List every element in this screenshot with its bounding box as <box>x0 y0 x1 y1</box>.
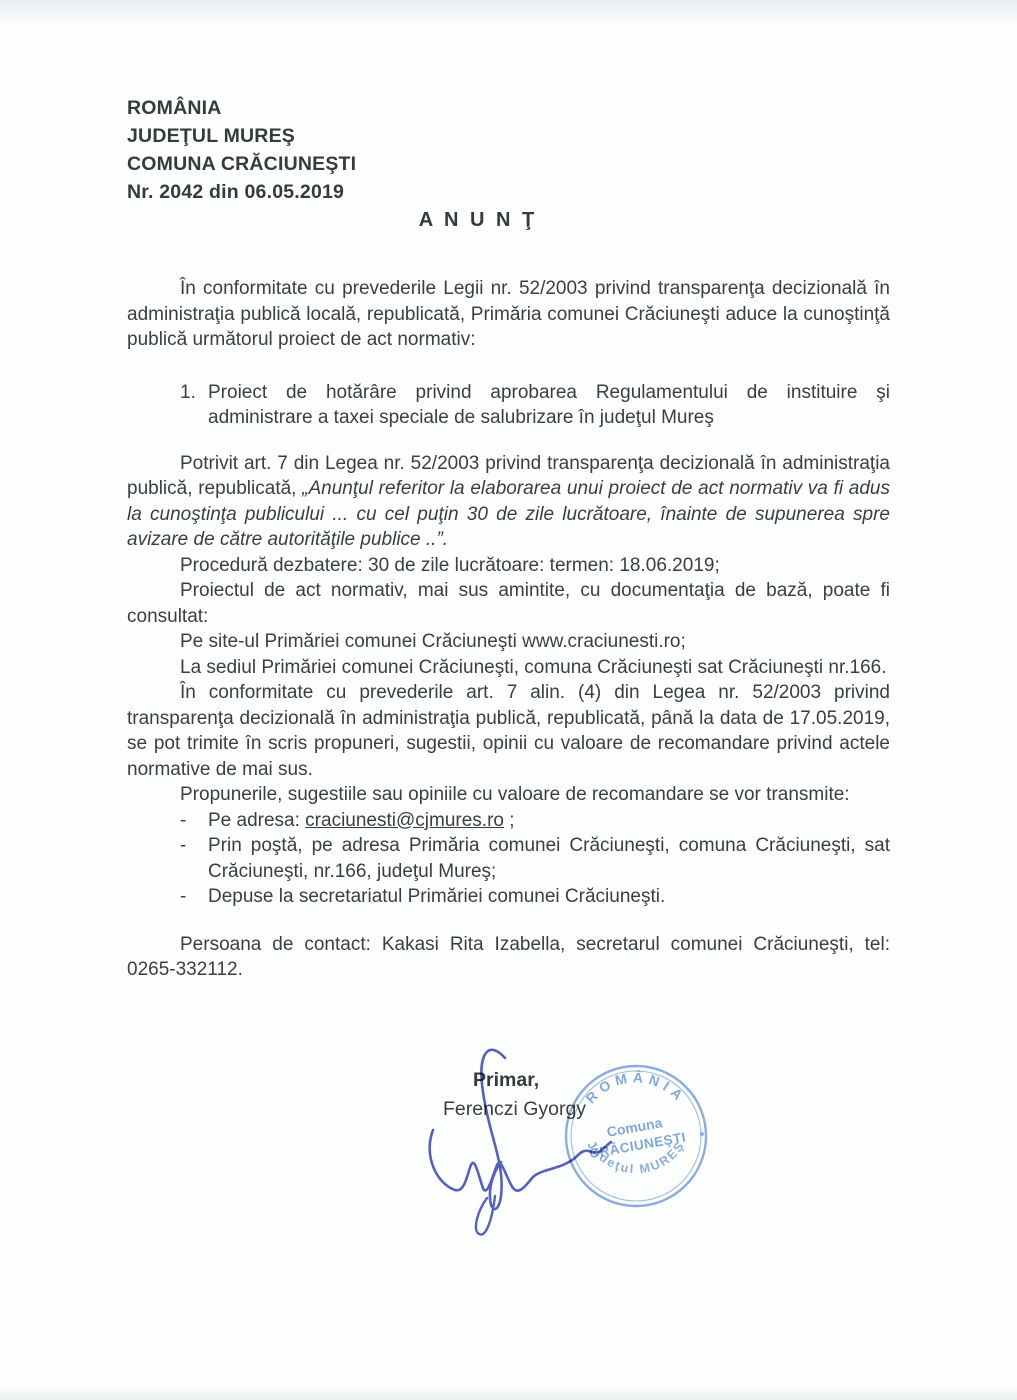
document-body: În conformitate cu prevederile Legii nr.… <box>127 276 890 983</box>
bullet-email: -Pe adresa: craciunesti@cjmures.ro ; <box>127 808 890 834</box>
stamp-center-line2: CRĂCIUNEŞTI <box>588 1129 687 1161</box>
signature-role-label: Primar, <box>473 1069 539 1092</box>
header-commune: COMUNA CRĂCIUNEŞTI <box>127 150 356 178</box>
dash-bullet-icon: - <box>180 884 186 910</box>
paragraph-website: Pe site-ul Primăriei comunei Crăciuneşti… <box>127 629 890 655</box>
stamp-center-line1: Comuna <box>605 1114 663 1140</box>
document-title: A N U N Ţ <box>127 209 829 232</box>
numbered-item-1: 1.Proiect de hotărâre privind aprobarea … <box>127 380 890 431</box>
paragraph-proposals: Propunerile, sugestiile sau opiniile cu … <box>127 782 890 808</box>
stamp-bottom-arc-text: Judeţul MUREŞ <box>584 1138 687 1176</box>
signature-name: Ferenczi Gyorgy <box>443 1098 586 1121</box>
bullet-post: -Prin poştă, pe adresa Primăria comunei … <box>127 833 890 884</box>
svg-text:ROMÂNIA: ROMÂNIA <box>582 1068 689 1106</box>
header-registration-number: Nr. 2042 din 06.05.2019 <box>127 178 356 206</box>
item-number: 1. <box>180 380 196 406</box>
svg-text:Judeţul MUREŞ: Judeţul MUREŞ <box>584 1138 687 1176</box>
document-header: ROMÂNIA JUDEŢUL MUREŞ COMUNA CRĂCIUNEŞTI… <box>127 94 356 206</box>
bullet-secretariat: -Depuse la secretariatul Primăriei comun… <box>127 884 890 910</box>
bullet-email-suffix: ; <box>504 810 515 831</box>
dash-bullet-icon: - <box>180 808 186 834</box>
header-country: ROMÂNIA <box>127 94 356 122</box>
paragraph-law-quote: Potrivit art. 7 din Legea nr. 52/2003 pr… <box>127 451 890 553</box>
paragraph-intro: În conformitate cu prevederile Legii nr.… <box>127 276 890 353</box>
paragraph-deadline: În conformitate cu prevederile art. 7 al… <box>127 680 890 782</box>
bullet-email-prefix: Pe adresa: <box>208 810 305 831</box>
bullet-post-text: Prin poştă, pe adresa Primăria comunei C… <box>208 835 890 882</box>
paragraph-office-address: La sediul Primăriei comunei Crăciuneşti,… <box>127 655 890 681</box>
bullet-secretariat-text: Depuse la secretariatul Primăriei comune… <box>208 886 665 907</box>
email-address: craciunesti@cjmures.ro <box>305 810 504 831</box>
scanned-document-page: ROMÂNIA JUDEŢUL MUREŞ COMUNA CRĂCIUNEŞTI… <box>0 0 1017 1400</box>
dash-bullet-icon: - <box>180 833 186 859</box>
header-county: JUDEŢUL MUREŞ <box>127 122 356 150</box>
paragraph-consultation: Proiectul de act normativ, mai sus amint… <box>127 578 890 629</box>
stamp-top-arc-text: ROMÂNIA <box>582 1068 689 1106</box>
paragraph-procedure: Procedură dezbatere: 30 de zile lucrătoa… <box>127 553 890 579</box>
paragraph-contact: Persoana de contact: Kakasi Rita Izabell… <box>127 932 890 983</box>
official-round-stamp: ROMÂNIA Judeţul MUREŞ Comuna CRĂCIUNEŞTI <box>560 1060 712 1212</box>
item-text: Proiect de hotărâre privind aprobarea Re… <box>208 382 890 429</box>
